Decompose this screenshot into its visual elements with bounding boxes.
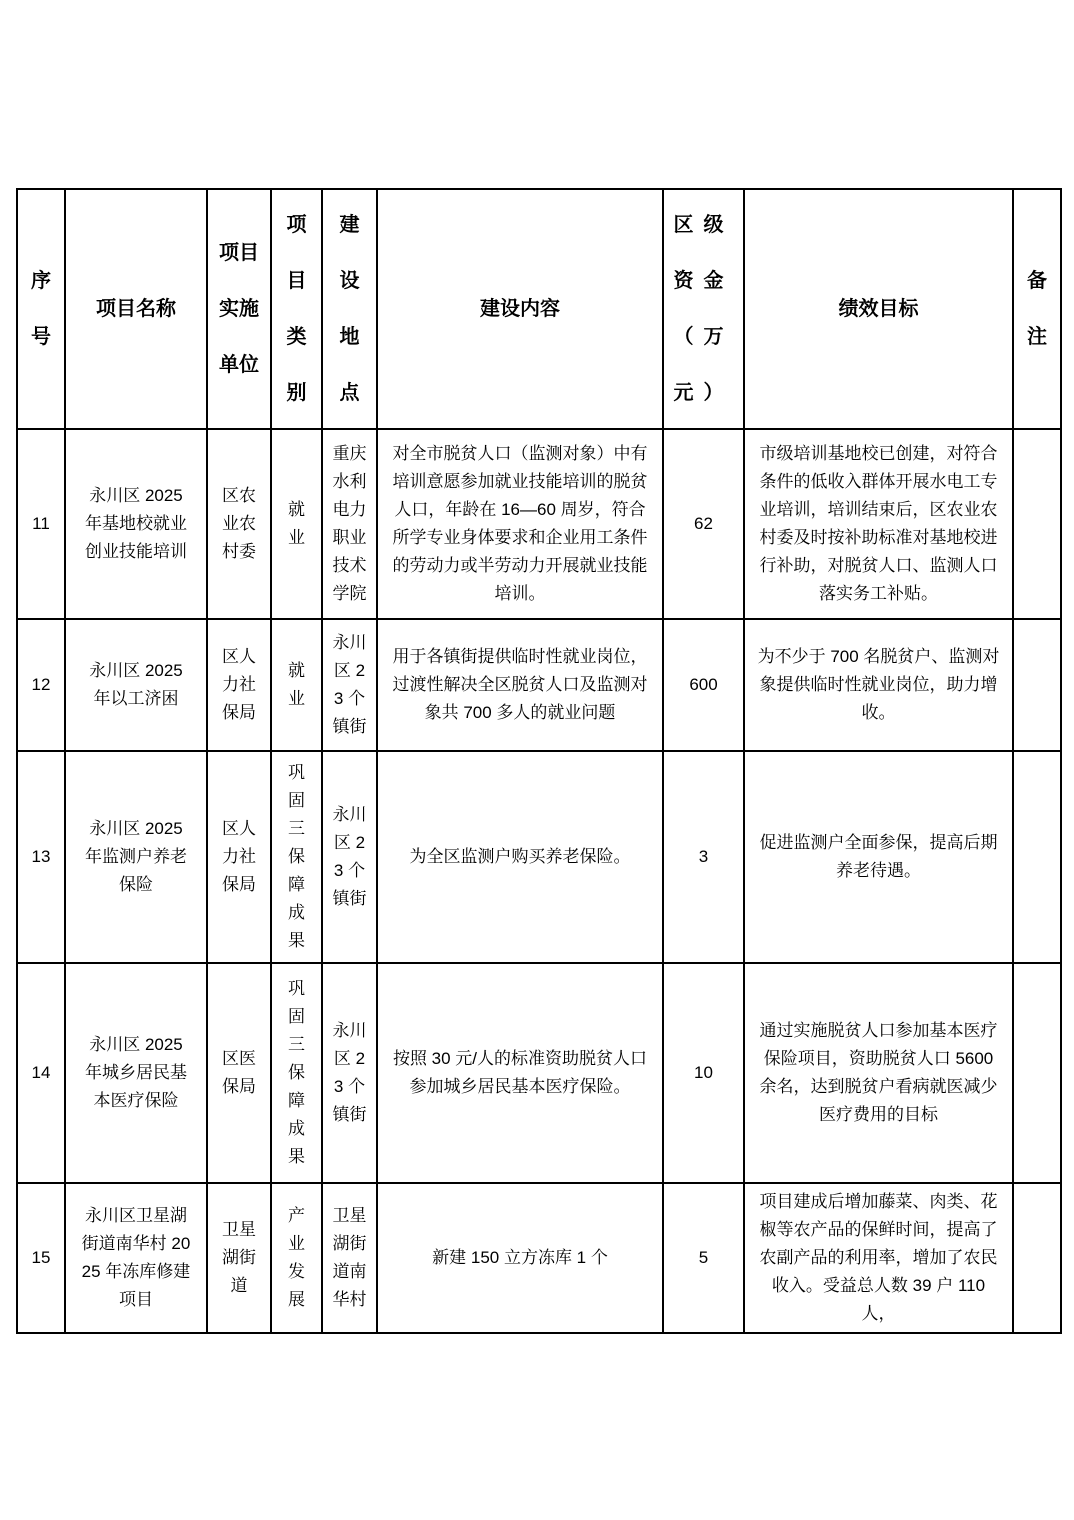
cell-project-category: 巩固三保障成果: [271, 963, 322, 1183]
cell-serial: 14: [17, 963, 65, 1183]
cell-performance-target: 促进监测户全面参保，提高后期养老待遇。: [744, 751, 1013, 963]
cell-remarks: [1013, 1183, 1061, 1333]
header-construction-content: 建设内容: [377, 189, 663, 429]
header-serial: 序号: [17, 189, 65, 429]
cell-performance-target: 项目建成后增加藤菜、肉类、花椒等农产品的保鲜时间，提高了农副产品的利用率，增加了…: [744, 1183, 1013, 1333]
cell-project-category: 巩固三保障成果: [271, 751, 322, 963]
cell-construction-content: 对全市脱贫人口（监测对象）中有培训意愿参加就业技能培训的脱贫人口，年龄在 16—…: [377, 429, 663, 619]
table-row: 14永川区 2025 年城乡居民基本医疗保险区医保局巩固三保障成果永川区 23 …: [17, 963, 1061, 1183]
cell-project-name: 永川区 2025 年以工济困: [65, 619, 207, 751]
cell-construction-content: 用于各镇街提供临时性就业岗位，过渡性解决全区脱贫人口及监测对象共 700 多人的…: [377, 619, 663, 751]
cell-performance-target: 市级培训基地校已创建，对符合条件的低收入群体开展水电工专业培训，培训结束后，区农…: [744, 429, 1013, 619]
cell-implementing-unit: 区人力社保局: [207, 619, 271, 751]
header-district-funds: 区级资金（万元）: [663, 189, 744, 429]
cell-district-funds: 5: [663, 1183, 744, 1333]
cell-construction-site: 重庆水利电力职业技术学院: [322, 429, 377, 619]
table-row: 13永川区 2025 年监测户养老保险区人力社保局巩固三保障成果永川区 23 个…: [17, 751, 1061, 963]
cell-performance-target: 通过实施脱贫人口参加基本医疗保险项目，资助脱贫人口 5600 余名，达到脱贫户看…: [744, 963, 1013, 1183]
cell-implementing-unit: 区农业农村委: [207, 429, 271, 619]
cell-serial: 13: [17, 751, 65, 963]
document-page: 序号 项目名称 项目实施单位 项目类别 建设地点 建设内容 区级资金（万元） 绩…: [0, 0, 1074, 1520]
cell-project-category: 产业发展: [271, 1183, 322, 1333]
cell-construction-content: 新建 150 立方冻库 1 个: [377, 1183, 663, 1333]
header-implementing-unit: 项目实施单位: [207, 189, 271, 429]
cell-serial: 12: [17, 619, 65, 751]
table-row: 12永川区 2025 年以工济困区人力社保局就业永川区 23 个镇街用于各镇街提…: [17, 619, 1061, 751]
header-row: 序号 项目名称 项目实施单位 项目类别 建设地点 建设内容 区级资金（万元） 绩…: [17, 189, 1061, 429]
cell-district-funds: 10: [663, 963, 744, 1183]
cell-construction-content: 为全区监测户购买养老保险。: [377, 751, 663, 963]
cell-construction-site: 永川区 23 个镇街: [322, 963, 377, 1183]
header-remarks: 备注: [1013, 189, 1061, 429]
cell-district-funds: 3: [663, 751, 744, 963]
cell-implementing-unit: 卫星湖街道: [207, 1183, 271, 1333]
table-row: 15永川区卫星湖街道南华村 2025 年冻库修建项目卫星湖街道产业发展卫星湖街道…: [17, 1183, 1061, 1333]
table-row: 11永川区 2025 年基地校就业创业技能培训区农业农村委就业重庆水利电力职业技…: [17, 429, 1061, 619]
header-project-name: 项目名称: [65, 189, 207, 429]
cell-district-funds: 62: [663, 429, 744, 619]
cell-serial: 11: [17, 429, 65, 619]
cell-remarks: [1013, 963, 1061, 1183]
cell-project-name: 永川区卫星湖街道南华村 2025 年冻库修建项目: [65, 1183, 207, 1333]
cell-project-category: 就业: [271, 429, 322, 619]
project-table: 序号 项目名称 项目实施单位 项目类别 建设地点 建设内容 区级资金（万元） 绩…: [16, 188, 1062, 1334]
cell-implementing-unit: 区人力社保局: [207, 751, 271, 963]
cell-performance-target: 为不少于 700 名脱贫户、监测对象提供临时性就业岗位，助力增收。: [744, 619, 1013, 751]
cell-serial: 15: [17, 1183, 65, 1333]
cell-project-name: 永川区 2025 年基地校就业创业技能培训: [65, 429, 207, 619]
cell-project-name: 永川区 2025 年城乡居民基本医疗保险: [65, 963, 207, 1183]
cell-construction-content: 按照 30 元/人的标准资助脱贫人口参加城乡居民基本医疗保险。: [377, 963, 663, 1183]
cell-remarks: [1013, 751, 1061, 963]
cell-remarks: [1013, 429, 1061, 619]
header-construction-site: 建设地点: [322, 189, 377, 429]
cell-project-name: 永川区 2025 年监测户养老保险: [65, 751, 207, 963]
cell-district-funds: 600: [663, 619, 744, 751]
header-performance-target: 绩效目标: [744, 189, 1013, 429]
cell-implementing-unit: 区医保局: [207, 963, 271, 1183]
cell-remarks: [1013, 619, 1061, 751]
header-project-category: 项目类别: [271, 189, 322, 429]
cell-construction-site: 卫星湖街道南华村: [322, 1183, 377, 1333]
cell-project-category: 就业: [271, 619, 322, 751]
cell-construction-site: 永川区 23 个镇街: [322, 619, 377, 751]
cell-construction-site: 永川区 23 个镇街: [322, 751, 377, 963]
